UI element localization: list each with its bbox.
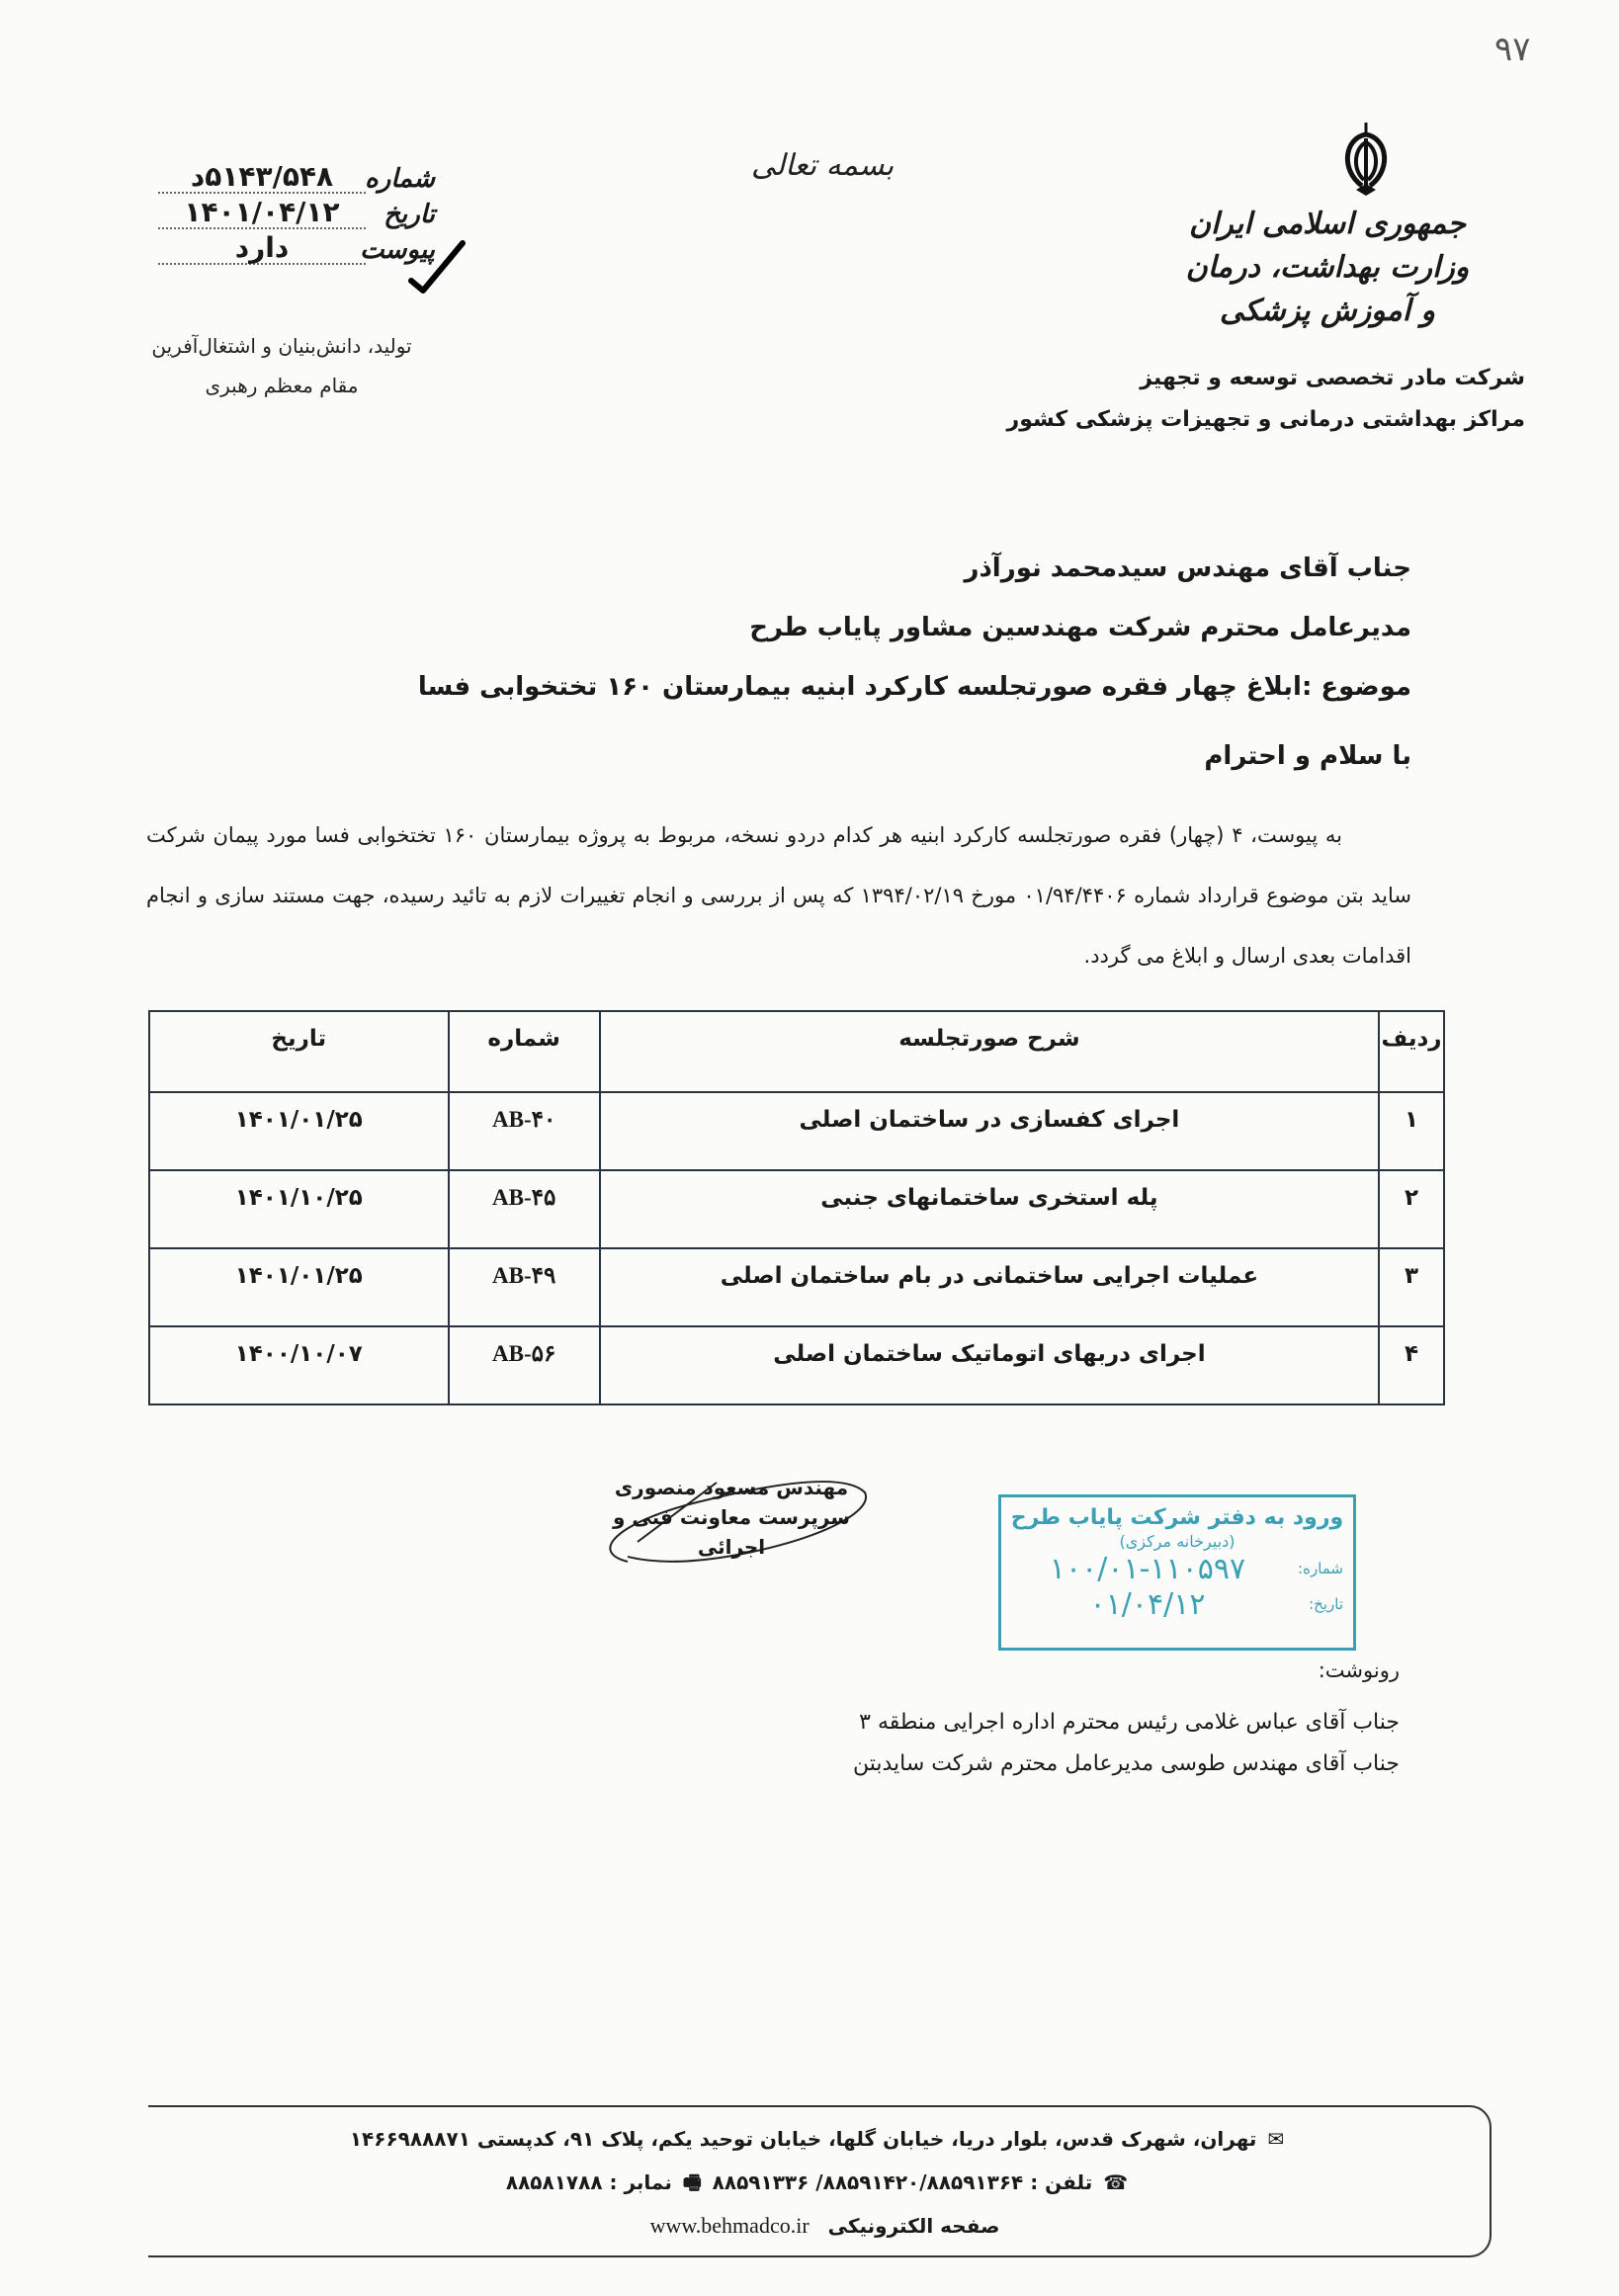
footer-address: تهران، شهرک قدس، بلوار دریا، خیابان گلها… (350, 2127, 1257, 2151)
table-row: ۲ پله استخری ساختمانهای جنبی AB-۴۵ ۱۴۰۱/… (149, 1170, 1444, 1248)
footer-address-line: ✉ تهران، شهرک قدس، بلوار دریا، خیابان گل… (148, 2117, 1490, 2161)
telephone-icon: ☎ (1103, 2170, 1128, 2194)
stamp-date-label: تاریخ: (1284, 1595, 1343, 1613)
motto: تولید، دانش‌بنیان و اشتغال‌آفرین مقام مع… (138, 326, 425, 405)
stamp-subtitle: (دبیرخانه مرکزی) (1001, 1532, 1353, 1551)
body-paragraph: به پیوست، ۴ (چهار) فقره صورتجلسه کارکرد … (146, 806, 1411, 986)
organization-name: شرکت مادر تخصصی توسعه و تجهیز مراکز بهدا… (1007, 358, 1525, 441)
fax-label: نمابر : (610, 2170, 672, 2194)
attachment-value: دارد (158, 233, 366, 265)
website-label: صفحه الکترونیکی (828, 2214, 1000, 2238)
received-stamp: ورود به دفتر شرکت پایاب طرح (دبیرخانه مر… (998, 1494, 1356, 1651)
table-row: ۳ عملیات اجرایی ساختمانی در بام ساختمان … (149, 1248, 1444, 1326)
minutes-table: ردیف شرح صورتجلسه شماره تاریخ ۱ اجرای کف… (148, 1010, 1445, 1405)
row-index: ۴ (1379, 1326, 1444, 1404)
row-date: ۱۴۰۱/۰۱/۲۵ (149, 1092, 449, 1170)
motto-line-1: تولید، دانش‌بنیان و اشتغال‌آفرین (138, 326, 425, 366)
checkmark-icon (407, 237, 467, 297)
org-line-2: مراکز بهداشتی درمانی و تجهیزات پزشکی کشو… (1007, 399, 1525, 441)
phone-numbers: ۸۸۵۹۱۴۲۰/۸۸۵۹۱۳۶۴/ ۸۸۵۹۱۳۳۶ (713, 2170, 1024, 2194)
date-label: تاریخ (366, 200, 435, 229)
envelope-icon: ✉ (1267, 2127, 1284, 2151)
copy-recipient: جناب آقای عباس غلامی رئیس محترم اداره اج… (853, 1702, 1400, 1743)
copies-title: رونوشت: (1319, 1658, 1400, 1682)
motto-line-2: مقام معظم رهبری (138, 366, 425, 405)
table-row: ۴ اجرای دربهای اتوماتیک ساختمان اصلی AB-… (149, 1326, 1444, 1404)
row-date: ۱۴۰۰/۱۰/۰۷ (149, 1326, 449, 1404)
copies-list: جناب آقای عباس غلامی رئیس محترم اداره اج… (853, 1702, 1400, 1785)
ministry-calligraphy: جمهوری اسلامی ایران وزارت بهداشت، درمان … (1179, 203, 1476, 333)
ministry-title: وزارت بهداشت، درمان و آموزش پزشکی (1179, 246, 1476, 333)
signatory: مهندس مسعود منصوری سرپرست معاونت فنی و ا… (583, 1473, 880, 1562)
row-number: AB-۴۹ (449, 1248, 600, 1326)
page-number: ۹۷ (1494, 30, 1531, 69)
row-description: عملیات اجرایی ساختمانی در بام ساختمان اص… (600, 1248, 1379, 1326)
footer-phone-line: ☎ تلفن : ۸۸۵۹۱۴۲۰/۸۸۵۹۱۳۶۴/ ۸۸۵۹۱۳۳۶ 🖷 ن… (148, 2161, 1490, 2204)
table-row: ۱ اجرای کفسازی در ساختمان اصلی AB-۴۰ ۱۴۰… (149, 1092, 1444, 1170)
date-value: ۱۴۰۱/۰۴/۱۲ (158, 198, 366, 229)
greeting: با سلام و احترام (1204, 741, 1411, 771)
fax-icon: 🖷 (683, 2170, 702, 2194)
header-description: شرح صورتجلسه (600, 1011, 1379, 1092)
bismillah-heading: بسمه تعالی (751, 148, 894, 183)
stamp-number-label: شماره: (1284, 1560, 1343, 1577)
signatory-title: سرپرست معاونت فنی و اجرائی (583, 1502, 880, 1562)
row-date: ۱۴۰۱/۱۰/۲۵ (149, 1170, 449, 1248)
subject-line: موضوع :ابلاغ چهار فقره صورتجلسه کارکرد ا… (324, 657, 1411, 717)
row-number: AB-۵۶ (449, 1326, 600, 1404)
stamp-date-value: ۰۱/۰۴/۱۲ (1011, 1587, 1284, 1622)
stamp-date-row: تاریخ: ۰۱/۰۴/۱۲ (1001, 1586, 1353, 1622)
recipient-position: مدیرعامل محترم شرکت مهندسین مشاور پایاب … (324, 598, 1411, 657)
phone-label: تلفن : (1030, 2170, 1092, 2194)
copy-recipient: جناب آقای مهندس طوسی مدیرعامل محترم شرکت… (853, 1743, 1400, 1785)
recipient-name: جناب آقای مهندس سیدمحمد نورآذر (324, 539, 1411, 598)
meta-date-row: تاریخ ۱۴۰۱/۰۴/۱۲ (158, 194, 435, 229)
number-label: شماره (366, 164, 435, 194)
republic-title: جمهوری اسلامی ایران (1179, 203, 1476, 246)
row-description: اجرای دربهای اتوماتیک ساختمان اصلی (600, 1326, 1379, 1404)
letter-body: به پیوست، ۴ (چهار) فقره صورتجلسه کارکرد … (146, 806, 1411, 986)
stamp-number-row: شماره: ۱۰۰/۰۱-۱۱۰۵۹۷ (1001, 1551, 1353, 1586)
row-number: AB-۴۵ (449, 1170, 600, 1248)
iran-emblem-icon (1334, 121, 1398, 198)
meta-attachment-row: پیوست دارد (158, 229, 435, 265)
row-number: AB-۴۰ (449, 1092, 600, 1170)
website-link[interactable]: www.behmadco.ir (650, 2204, 809, 2248)
row-index: ۱ (1379, 1092, 1444, 1170)
stamp-title: ورود به دفتر شرکت پایاب طرح (1001, 1505, 1353, 1530)
header-date: تاریخ (149, 1011, 449, 1092)
table-header-row: ردیف شرح صورتجلسه شماره تاریخ (149, 1011, 1444, 1092)
row-index: ۳ (1379, 1248, 1444, 1326)
footer-website-line: صفحه الکترونیکی www.behmadco.ir (148, 2204, 1490, 2248)
number-value: ۵۱۴۳/۵۴۸د (158, 162, 366, 194)
meta-number-row: شماره ۵۱۴۳/۵۴۸د (158, 158, 435, 194)
header-number: شماره (449, 1011, 600, 1092)
fax-number: ۸۸۵۸۱۷۸۸ (506, 2170, 603, 2194)
addressee-block: جناب آقای مهندس سیدمحمد نورآذر مدیرعامل … (324, 539, 1411, 717)
letter-meta: شماره ۵۱۴۳/۵۴۸د تاریخ ۱۴۰۱/۰۴/۱۲ پیوست د… (158, 158, 435, 265)
org-line-1: شرکت مادر تخصصی توسعه و تجهیز (1007, 358, 1525, 399)
header-index: ردیف (1379, 1011, 1444, 1092)
row-description: پله استخری ساختمانهای جنبی (600, 1170, 1379, 1248)
row-date: ۱۴۰۱/۰۱/۲۵ (149, 1248, 449, 1326)
signatory-name: مهندس مسعود منصوری (583, 1473, 880, 1502)
row-description: اجرای کفسازی در ساختمان اصلی (600, 1092, 1379, 1170)
stamp-number-value: ۱۰۰/۰۱-۱۱۰۵۹۷ (1011, 1552, 1284, 1586)
footer-contact-box: ✉ تهران، شهرک قدس، بلوار دریا، خیابان گل… (148, 2105, 1491, 2257)
row-index: ۲ (1379, 1170, 1444, 1248)
